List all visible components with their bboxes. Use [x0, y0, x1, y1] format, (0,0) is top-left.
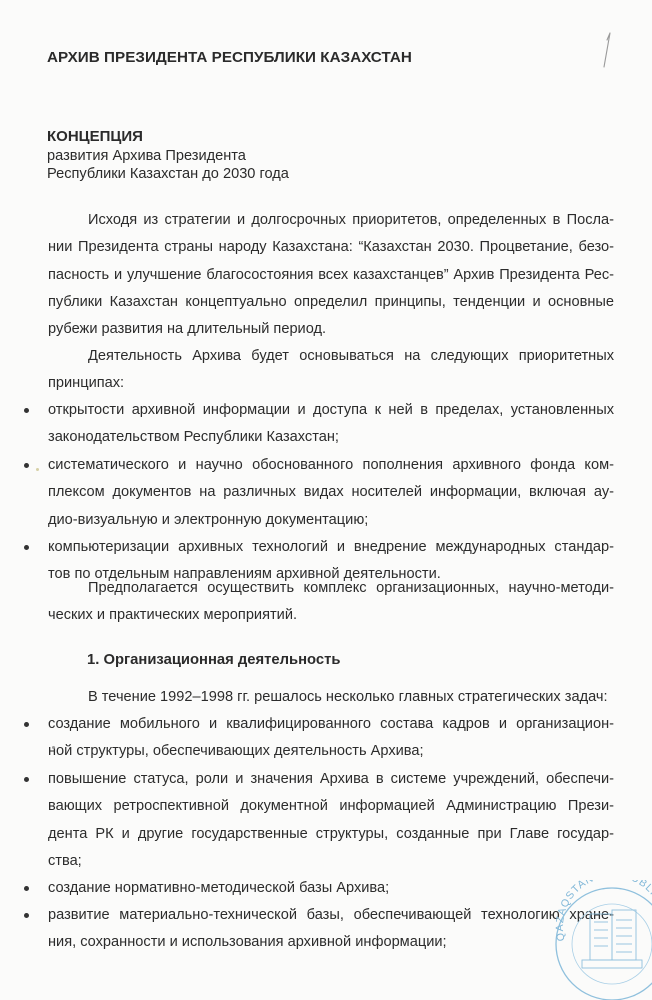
- archive-title: АРХИВ ПРЕЗИДЕНТА РЕСПУБЛИКИ КАЗАХСТАН: [47, 49, 412, 66]
- text-line: законодательством Республики Казахстан;: [48, 424, 614, 451]
- text-line: систематического и научно обоснованного …: [48, 452, 614, 479]
- text-line: ческих и практических мероприятий.: [48, 602, 614, 629]
- bullet-icon: [24, 913, 29, 918]
- text-line: публики Казахстан концептуально определи…: [48, 289, 614, 316]
- text-line: ния, сохранности и использования архивно…: [48, 929, 614, 956]
- bullet-icon: [24, 886, 29, 891]
- concept-heading-block: КОНЦЕПЦИЯ развития Архива Президента Рес…: [47, 128, 289, 184]
- bullet-icon: [24, 777, 29, 782]
- text-line: ной структуры, обеспечивающих деятельнос…: [48, 738, 614, 765]
- scan-speck: [52, 746, 55, 749]
- principles-paragraph: Деятельность Архива будет основываться н…: [48, 343, 614, 398]
- text-line: развитие материально-технической базы, о…: [48, 902, 614, 929]
- section-intro-paragraph: В течение 1992–1998 гг. решалось несколь…: [48, 684, 614, 711]
- concept-subtitle-line: Республики Казахстан до 2030 года: [47, 165, 289, 184]
- text-line: открытости архивной информации и доступа…: [48, 397, 614, 424]
- archive-stamp-icon: QAZAQSTAN RESPUBLIKASY PREZIDENTINIŃ: [552, 880, 652, 1000]
- text-line: создание нормативно-методической базы Ар…: [48, 875, 614, 902]
- text-line: компьютеризации архивных технологий и вн…: [48, 534, 614, 561]
- measures-paragraph: Предполагается осуществить комплекс орга…: [48, 575, 614, 630]
- document-page: АРХИВ ПРЕЗИДЕНТА РЕСПУБЛИКИ КАЗАХСТАН КО…: [0, 0, 652, 1000]
- text-line: В течение 1992–1998 гг. решалось несколь…: [48, 684, 614, 711]
- text-line: повышение статуса, роли и значения Архив…: [48, 766, 614, 793]
- text-line: плексом документов на различных видах но…: [48, 479, 614, 506]
- bullet-icon: [24, 722, 29, 727]
- text-line: дио-визуальную и электронную документаци…: [48, 507, 614, 534]
- section-heading: 1. Организационная деятельность: [87, 652, 340, 668]
- text-line: Деятельность Архива будет основываться н…: [48, 343, 614, 370]
- bullet-icon: [24, 408, 29, 413]
- handwritten-page-number: [600, 30, 612, 70]
- text-line: принципах:: [48, 370, 614, 397]
- text-line: рубежи развития на длительный период.: [48, 316, 614, 343]
- text-line: дента РК и другие государственные структ…: [48, 821, 614, 848]
- text-line: создание мобильного и квалифицированного…: [48, 711, 614, 738]
- text-line: нии Президента страны народу Казахстана:…: [48, 234, 614, 261]
- text-line: вающих ретроспективной документной инфор…: [48, 793, 614, 820]
- intro-paragraph: Исходя из стратегии и долгосрочных приор…: [48, 207, 614, 343]
- concept-title: КОНЦЕПЦИЯ: [47, 128, 289, 147]
- bullet-icon: [24, 545, 29, 550]
- text-line: пасность и улучшение благосостояния всех…: [48, 262, 614, 289]
- concept-subtitle-line: развития Архива Президента: [47, 147, 289, 166]
- text-line: Исходя из стратегии и долгосрочных приор…: [48, 207, 614, 234]
- scan-speck: [36, 468, 39, 471]
- text-line: Предполагается осуществить комплекс орга…: [48, 575, 614, 602]
- bullet-icon: [24, 463, 29, 468]
- text-line: ства;: [48, 848, 614, 875]
